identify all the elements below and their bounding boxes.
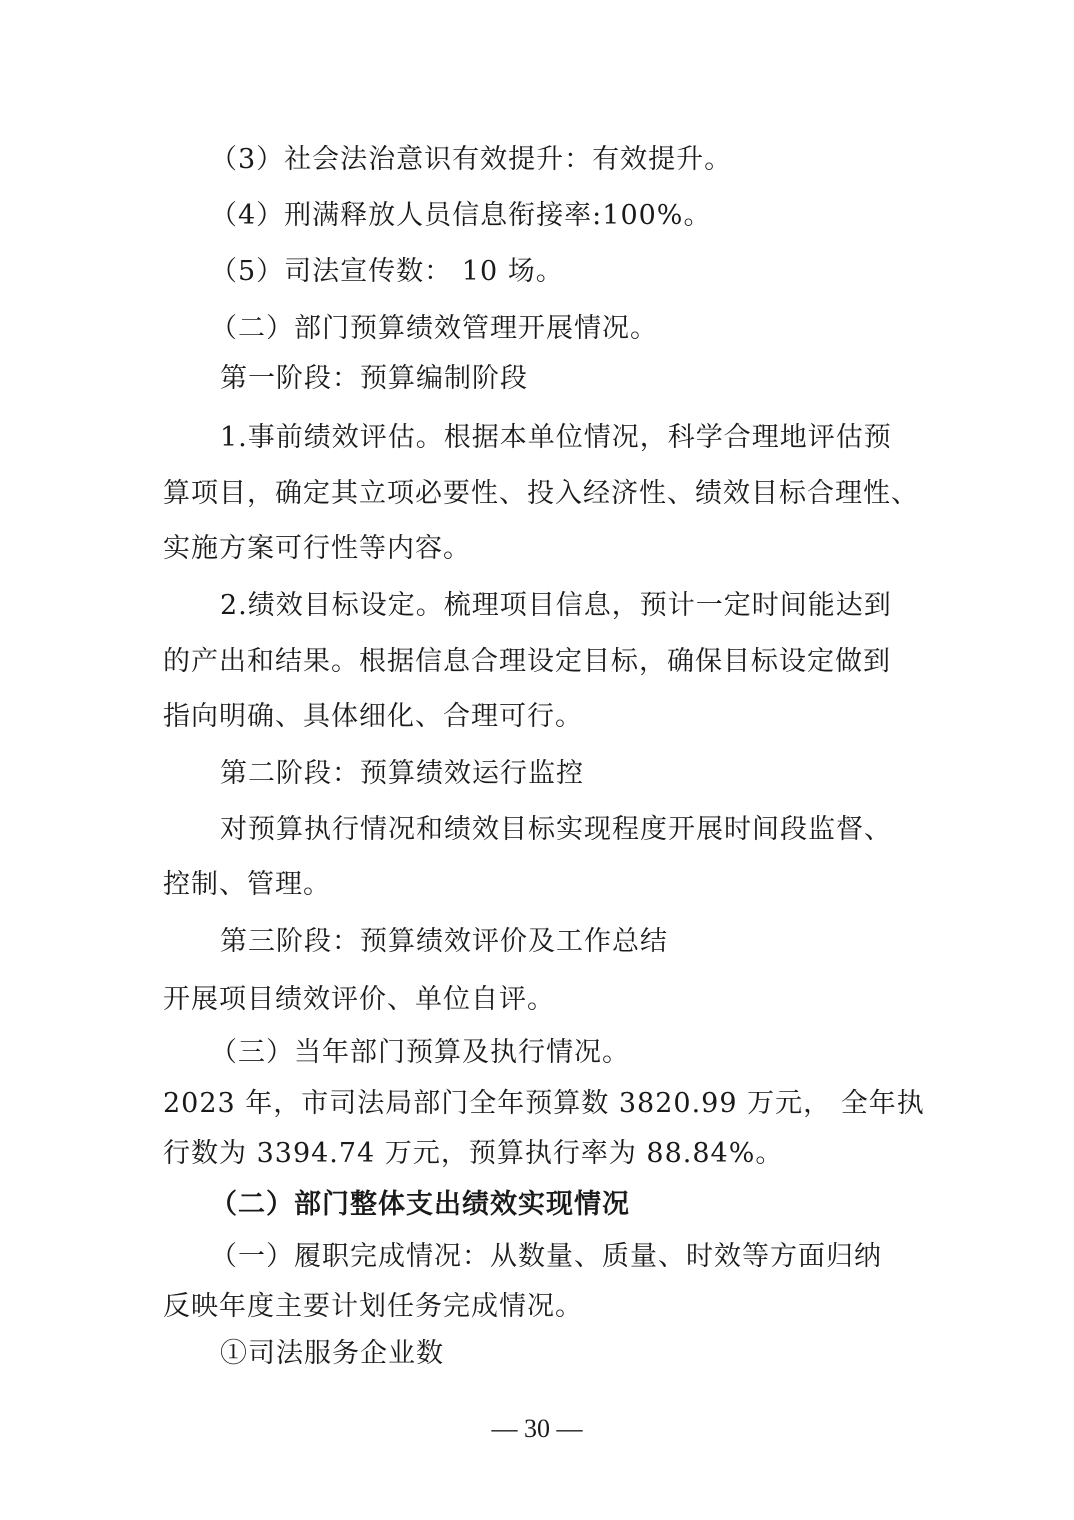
section-heading-budget-management: （二）部门预算绩效管理开展情况。 [210, 312, 658, 346]
paragraph-line: 2023 年，市司法局部门全年预算数 3820.99 万元， 全年执 [163, 1087, 925, 1121]
paragraph-line: 行数为 3394.74 万元，预算执行率为 88.84%。 [163, 1137, 783, 1171]
paragraph-line: 2.绩效目标设定。梳理项目信息，预计一定时间能达到 [220, 589, 892, 623]
paragraph-line: （一）履职完成情况：从数量、质量、时效等方面归纳 [210, 1240, 882, 1274]
document-page: （3）社会法治意识有效提升：有效提升。 （4）刑满释放人员信息衔接率:100%。… [0, 0, 1074, 1520]
list-item-enterprise-service: ①司法服务企业数 [220, 1337, 444, 1371]
paragraph-line: 控制、管理。 [163, 868, 331, 902]
stage-one-heading: 第一阶段：预算编制阶段 [220, 362, 528, 396]
paragraph-line: 对预算执行情况和绩效目标实现程度开展时间段监督、 [220, 813, 892, 847]
stage-two-heading: 第二阶段：预算绩效运行监控 [220, 757, 584, 791]
section-heading-budget-execution: （三）当年部门预算及执行情况。 [210, 1036, 630, 1070]
page-number: — 30 — [0, 1413, 1074, 1445]
result-item-5: （5）司法宣传数： 10 场。 [210, 255, 564, 289]
paragraph-line: 实施方案可行性等内容。 [163, 532, 471, 566]
paragraph-line: 反映年度主要计划任务完成情况。 [163, 1290, 583, 1324]
result-item-4: （4）刑满释放人员信息衔接率:100%。 [210, 199, 711, 233]
stage-three-heading: 第三阶段：预算绩效评价及工作总结 [220, 925, 668, 959]
paragraph-line: 的产出和结果。根据信息合理设定目标，确保目标设定做到 [163, 645, 891, 679]
section-heading-overall-performance: （二）部门整体支出绩效实现情况 [210, 1188, 630, 1222]
paragraph-line: 算项目，确定其立项必要性、投入经济性、绩效目标合理性、 [163, 477, 919, 511]
paragraph-line: 开展项目绩效评价、单位自评。 [163, 983, 555, 1017]
paragraph-line: 1.事前绩效评估。根据本单位情况，科学合理地评估预 [220, 421, 892, 455]
result-item-3: （3）社会法治意识有效提升：有效提升。 [210, 143, 732, 177]
paragraph-line: 指向明确、具体细化、合理可行。 [163, 700, 583, 734]
